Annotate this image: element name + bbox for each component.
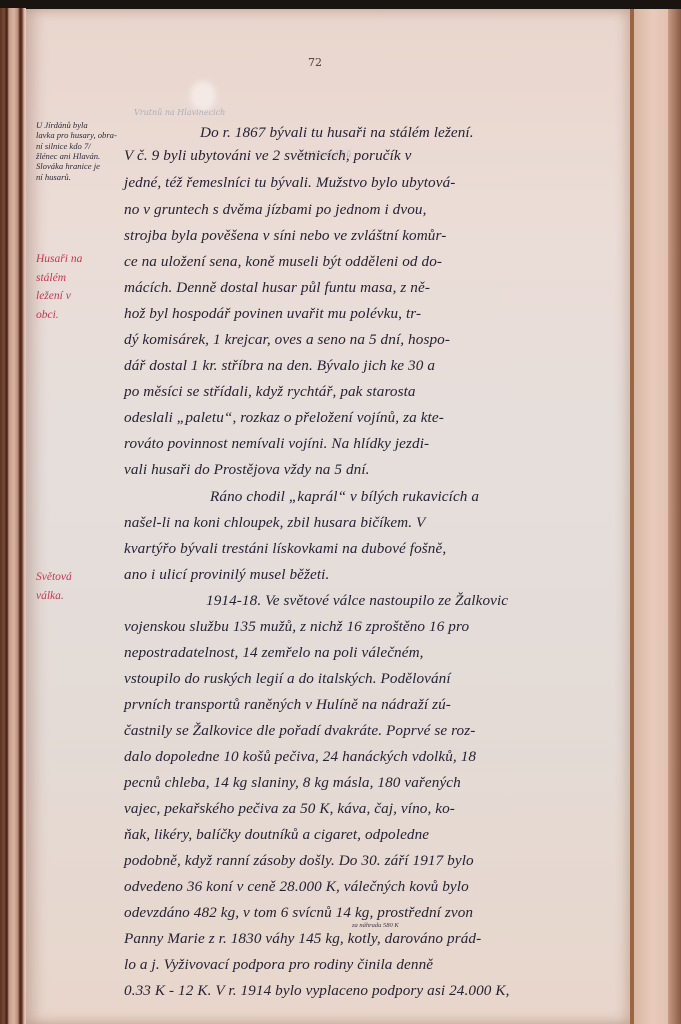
margin-note-line: ní husarů. <box>36 172 128 182</box>
body-line: odvedeno 36 koní v ceně 28.000 K, válečn… <box>124 878 620 896</box>
margin-note-line: lavka pro husary, obra- <box>36 130 128 140</box>
body-line: no v gruntech s dvěma jízbami po jednom … <box>124 201 620 219</box>
body-line: vstoupilo do ruských legií a do italskýc… <box>124 670 620 688</box>
body-line: rováto povinnost nemívali vojíni. Na hlí… <box>124 435 620 453</box>
book-spine <box>0 8 26 1024</box>
margin-note-line: Husaři na <box>36 250 128 269</box>
body-line: mácích. Denně dostal husar půl funtu mas… <box>124 279 620 297</box>
body-line: dý komisárek, 1 krejcar, oves a seno na … <box>124 331 620 349</box>
body-line: Ráno chodil „kaprál“ v bílých rukavicích… <box>210 488 681 506</box>
margin-note-line: ní silnice kdo 7/ <box>36 141 128 151</box>
body-line: Panny Marie z r. 1830 váhy 145 kg, kotly… <box>124 930 620 948</box>
body-line: hož byl hospodář povinen uvařit mu polév… <box>124 305 620 323</box>
margin-note-line: stálém <box>36 269 128 288</box>
margin-note-line: Světová <box>36 568 128 587</box>
margin-note-line: válka. <box>36 587 128 606</box>
body-line: dalo dopoledne 10 košů pečiva, 24 hanáck… <box>124 748 620 766</box>
margin-note-lavka: U Jírdánů byla lavka pro husary, obra- n… <box>36 120 128 182</box>
body-line: vajec, pekařského pečiva za 50 K, káva, … <box>124 800 620 818</box>
body-line: V č. 9 byli ubytováni ve 2 světnicích, p… <box>124 147 620 165</box>
body-line: našel-li na koni chloupek, zbil husara b… <box>124 514 620 532</box>
body-line: odevzdáno 482 kg, v tom 6 svícnů 14 kg, … <box>124 904 620 922</box>
body-line: vali husaři do Prostějova vždy na 5 dní. <box>124 461 620 479</box>
margin-note-line: žlénec ani Hlaván. <box>36 151 128 161</box>
body-line: ňak, likéry, balíčky doutníků a cigaret,… <box>124 826 620 844</box>
margin-note-line: obci. <box>36 306 128 325</box>
margin-note-line: ležení v <box>36 287 128 306</box>
body-line: vojenskou službu 135 mužů, z nichž 16 zp… <box>124 618 620 636</box>
body-line: ano i ulicí provinilý musel běžeti. <box>124 566 620 584</box>
superscript-note: za náhradu 580 K <box>352 922 399 929</box>
book-edge <box>668 9 681 1024</box>
body-line: odeslali „paletu“, rozkaz o přeložení vo… <box>124 409 620 427</box>
body-line: častnily se Žalkovice dle pořadí dvakrát… <box>124 722 620 740</box>
body-line: ce na uložení sena, koně museli být oddě… <box>124 253 620 271</box>
margin-note-line: U Jírdánů byla <box>36 120 128 130</box>
margin-note-svetova-valka: Světová válka. <box>36 568 128 605</box>
body-line: podobně, když ranní zásoby došly. Do 30.… <box>124 852 620 870</box>
margin-note-husari: Husaři na stálém ležení v obci. <box>36 250 128 325</box>
body-line: dář dostal 1 kr. stříbra na den. Bývalo … <box>124 357 620 375</box>
body-line: kvartýřo bývali trestáni lískovkami na d… <box>124 540 620 558</box>
body-line: po měsíci se střídali, když rychtář, pak… <box>124 383 620 401</box>
body-line: strojba byla pověšena v síni nebo ve zvl… <box>124 227 620 245</box>
body-line: 0.33 K - 12 K. V r. 1914 bylo vyplaceno … <box>124 982 620 1000</box>
margin-note-line: Slováka hranice je <box>36 161 128 171</box>
body-line: prvních transportů raněných v Hulíně na … <box>124 696 620 714</box>
pencil-note-top: Vrutnů na Hlavinecich <box>134 108 225 117</box>
body-line: pecnů chleba, 14 kg slaniny, 8 kg másla,… <box>124 774 620 792</box>
body-line: nepostradatelnost, 14 zemřelo na poli vá… <box>124 644 620 662</box>
paper-stain <box>190 81 216 111</box>
body-line: 1914-18. Ve světové válce nastoupilo ze … <box>206 592 681 610</box>
body-line: jedné, též řemeslníci tu bývali. Mužstvo… <box>124 174 620 192</box>
body-line: Do r. 1867 bývali tu husaři na stálém le… <box>200 124 681 142</box>
page-number: 72 <box>308 56 322 69</box>
body-line: lo a j. Vyživovací podpora pro rodiny či… <box>124 956 620 974</box>
